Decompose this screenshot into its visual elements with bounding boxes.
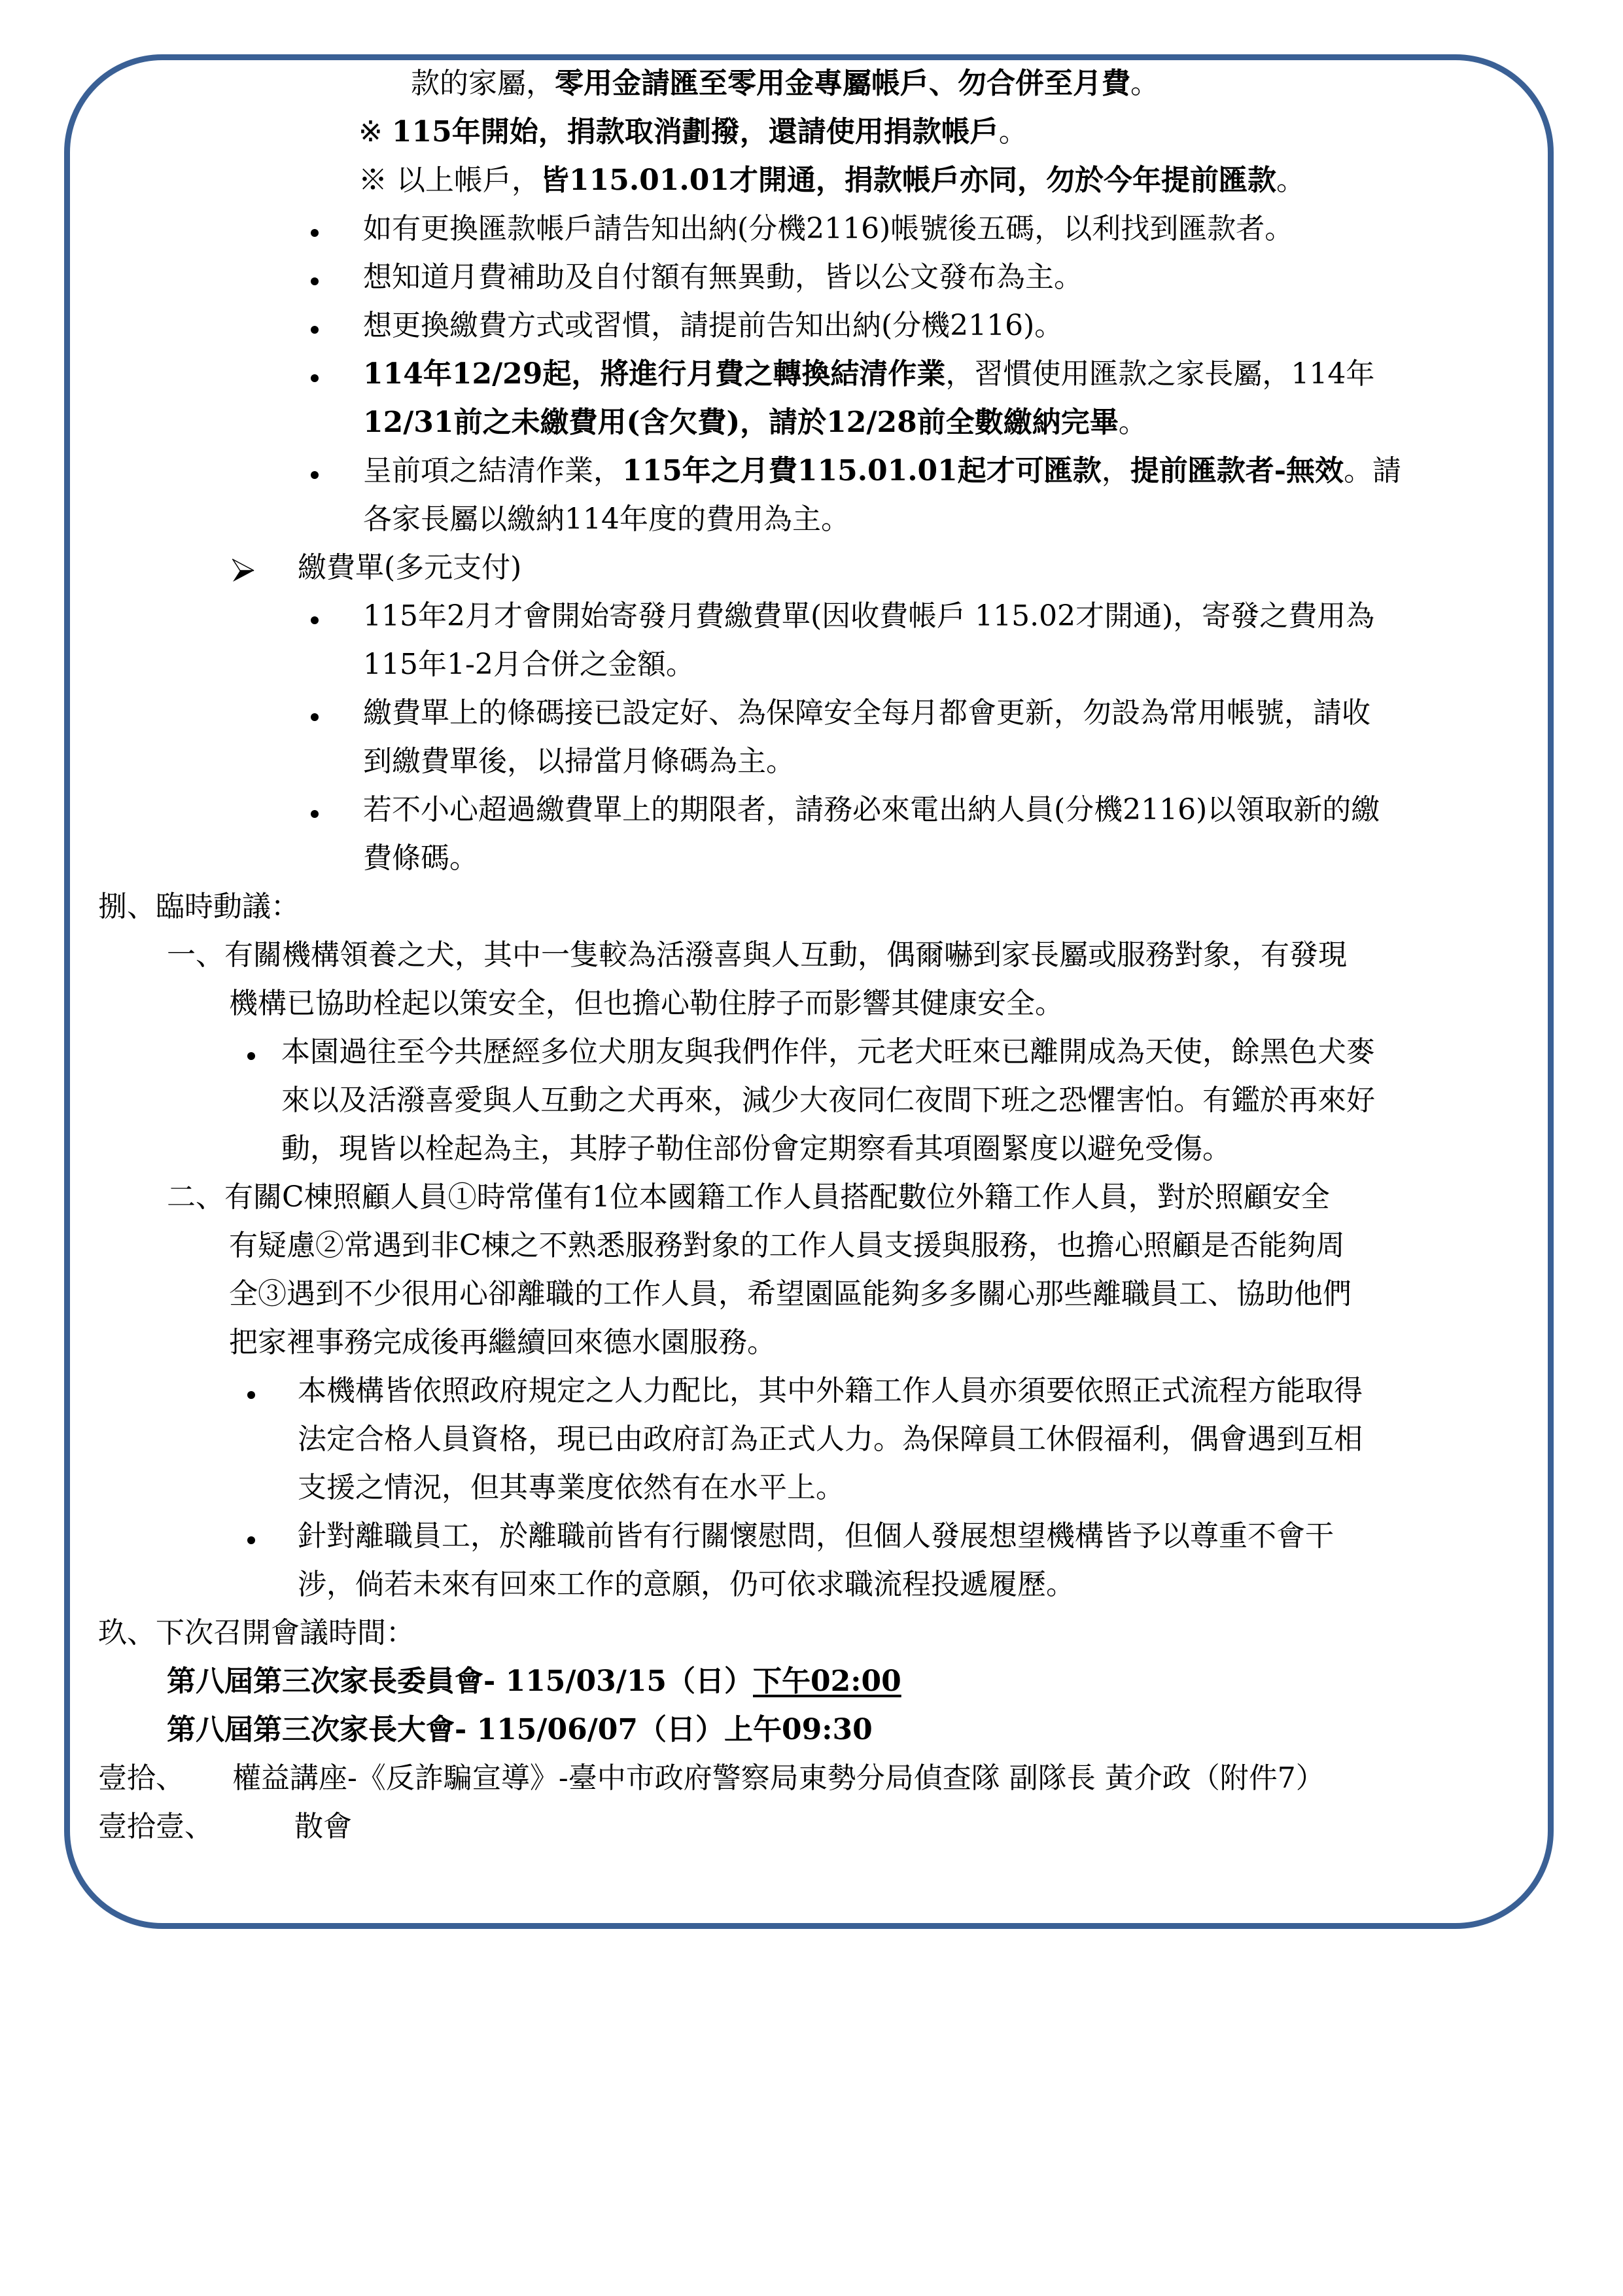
text-run: 繳費單(多元支付) [298,551,521,584]
text-run: 一、有關機構領養之犬，其中一隻較為活潑喜與人互動，偶爾嚇到家長屬或服務對象，有發… [167,938,1347,972]
text-run: 針對離職員工，於離職前皆有行關懷慰問，但個人發展想望機構皆予以尊重不會干 [298,1519,1334,1553]
text-line: 二、有關C棟照顧人員①時常僅有1位本國籍工作人員搭配數位外籍工作人員，對於照顧安… [167,1179,1330,1216]
text-run: 二、有關C棟照顧人員①時常僅有1位本國籍工作人員搭配數位外籍工作人員，對於照顧安… [167,1180,1330,1214]
text-run: 到繳費單後，以掃當月條碼為主。 [363,745,795,778]
text-line: 來以及活潑喜愛與人互動之犬再來，減少大夜同仁夜間下班之恐懼害怕。有鑑於再來好 [281,1082,1375,1119]
text-run: 款的家屬， [411,67,555,100]
text-run: 。 [1130,67,1159,100]
text-line: ※ 以上帳戶，皆115.01.01才開通，捐款帳戶亦同，勿於今年提前匯款。 [358,162,1305,199]
text-run: ， [1102,454,1130,487]
text-run: 費條碼。 [363,841,478,875]
text-run: 12/31前之未繳費用(含欠費)，請於12/28前全數繳納完畢 [363,406,1119,439]
text-line: 各家長屬以繳納114年度的費用為主。 [363,501,850,538]
text-run: 115年1-2月合併之金額。 [363,648,695,681]
text-line: 機構已協助栓起以策安全，但也擔心勒住脖子而影響其健康安全。 [229,985,1064,1022]
text-line: 本園過往至今共歷經多位犬朋友與我們作伴，元老犬旺來已離開成為天使，餘黑色犬麥 [281,1034,1375,1070]
text-run: 提前匯款者-無效 [1130,454,1344,487]
text-run: 114年12/29起，將進行月費之轉換結清作業 [363,357,945,391]
text-run: 想知道月費補助及自付額有無異動，皆以公文發布為主。 [363,260,1083,294]
text-line: 權益講座-《反詐騙宣導》-臺中市政府警察局東勢分局偵查隊 副隊長 黃介政（附件7… [232,1760,1325,1797]
text-run: 呈前項之結清作業， [363,454,622,487]
text-line: 把家裡事務完成後再繼續回來德水園服務。 [229,1324,776,1361]
text-run: 本機構皆依照政府規定之人力配比，其中外籍工作人員亦須要依照正式流程方能取得 [298,1374,1363,1407]
text-run: 皆115.01.01才開通，捐款帳戶亦同，勿於今年提前匯款 [540,164,1276,197]
text-line: 想更換繳費方式或習慣，請提前告知出納(分機2116)。 [363,308,1063,344]
bullet-icon [311,277,319,285]
text-line: 繳費單上的條碼接已設定好、為保障安全每月都會更新，勿設為常用帳號，請收 [363,695,1370,732]
text-run: 本園過往至今共歷經多位犬朋友與我們作伴，元老犬旺來已離開成為天使，餘黑色犬麥 [281,1035,1375,1069]
text-run: 115年開始，捐款取消劃撥， [392,115,769,149]
text-line: 繳費單(多元支付) [298,550,521,586]
text-run: 。請 [1344,454,1401,487]
text-run: 115年2月才會開始寄發月費繳費單(因收費帳戶 115.02才開通)，寄發之費用… [363,599,1374,633]
text-line: 第八屆第三次家長大會- 115/06/07（日）上午09:30 [167,1712,873,1748]
text-line: 涉，倘若未來有回來工作的意願，仍可依求職流程投遞履歷。 [298,1566,1075,1603]
bullet-icon [311,713,319,721]
text-line: 壹拾壹、 [98,1809,213,1845]
text-run: 動，現皆以栓起為主，其脖子勒住部份會定期察看其項圈緊度以避免受傷。 [281,1132,1231,1165]
text-run: 壹拾壹、 [98,1810,213,1843]
text-run: 壹拾、 [98,1761,184,1795]
text-line: 款的家屬，零用金請匯至零用金專屬帳戶、勿合併至月費。 [411,65,1159,102]
text-line: 全③遇到不少很用心卻離職的工作人員，希望園區能夠多多關心那些離職員工、協助他們 [229,1276,1352,1313]
text-run: 有疑慮②常遇到非C棟之不熟悉服務對象的工作人員支援與服務，也擔心照顧是否能夠周 [229,1229,1345,1262]
text-run: 把家裡事務完成後再繼續回來德水園服務。 [229,1326,776,1359]
text-run: 全③遇到不少很用心卻離職的工作人員，希望園區能夠多多關心那些離職員工、協助他們 [229,1277,1352,1311]
bullet-icon [311,471,319,479]
text-line: 散會 [294,1809,352,1845]
text-run: 115年之月費115.01.01起才可匯款 [622,454,1102,487]
text-run: 想更換繳費方式或習慣，請提前告知出納(分機2116)。 [363,309,1063,342]
text-run: 捌、臨時動議： [98,890,300,923]
text-run: ※ [358,115,392,149]
text-run: ，習慣使用匯款之家長屬，114年 [945,357,1374,391]
text-line: 想知道月費補助及自付額有無異動，皆以公文發布為主。 [363,259,1083,296]
text-line: 到繳費單後，以掃當月條碼為主。 [363,743,795,780]
text-line: 115年1-2月合併之金額。 [363,646,695,683]
text-run: 支援之情況，但其專業度依然有在水平上。 [298,1471,845,1504]
text-line: 針對離職員工，於離職前皆有行關懷慰問，但個人發展想望機構皆予以尊重不會干 [298,1518,1334,1555]
text-line: 一、有關機構領養之犬，其中一隻較為活潑喜與人互動，偶爾嚇到家長屬或服務對象，有發… [167,937,1347,974]
text-line: 12/31前之未繳費用(含欠費)，請於12/28前全數繳納完畢。 [363,404,1147,441]
text-line: 支援之情況，但其專業度依然有在水平上。 [298,1470,845,1506]
text-line: 壹拾、 [98,1760,184,1797]
text-line: 動，現皆以栓起為主，其脖子勒住部份會定期察看其項圈緊度以避免受傷。 [281,1131,1231,1167]
text-line: 玖、下次召開會議時間： [98,1615,415,1651]
text-run: 零用金請匯至零用金專屬帳戶、勿合併至月費 [555,67,1130,100]
text-run: 如有更換匯款帳戶請告知出納(分機2116)帳號後五碼，以利找到匯款者。 [363,212,1293,245]
text-line: 如有更換匯款帳戶請告知出納(分機2116)帳號後五碼，以利找到匯款者。 [363,211,1293,247]
text-run: 第八屆第三次家長大會- 115/06/07（日）上午09:30 [167,1713,873,1746]
bullet-icon [311,326,319,334]
text-run: 。 [999,115,1028,149]
text-run: 來以及活潑喜愛與人互動之犬再來，減少大夜同仁夜間下班之恐懼害怕。有鑑於再來好 [281,1084,1375,1117]
text-line: 若不小心超過繳費單上的期限者，請務必來電出納人員(分機2116)以領取新的繳 [363,792,1380,828]
bullet-icon [311,374,319,382]
text-run: 各家長屬以繳納114年度的費用為主。 [363,503,850,536]
text-run: 機構已協助栓起以策安全，但也擔心勒住脖子而影響其健康安全。 [229,987,1064,1020]
text-line: ※ 115年開始，捐款取消劃撥，還請使用捐款帳戶。 [358,114,1028,150]
text-line: 法定合格人員資格，現已由政府訂為正式人力。為保障員工休假福利，偶會遇到互相 [298,1421,1363,1458]
text-run: 玖、下次召開會議時間： [98,1616,415,1650]
text-run: 。 [1119,406,1147,439]
text-run: 若不小心超過繳費單上的期限者，請務必來電出納人員(分機2116)以領取新的繳 [363,793,1380,826]
text-line: 114年12/29起，將進行月費之轉換結清作業，習慣使用匯款之家長屬，114年 [363,356,1374,393]
text-run: 涉，倘若未來有回來工作的意願，仍可依求職流程投遞履歷。 [298,1568,1075,1601]
text-run: 還請使用捐款帳戶 [769,115,999,149]
text-line: 115年2月才會開始寄發月費繳費單(因收費帳戶 115.02才開通)，寄發之費用… [363,598,1374,635]
text-line: 本機構皆依照政府規定之人力配比，其中外籍工作人員亦須要依照正式流程方能取得 [298,1373,1363,1409]
text-run: 法定合格人員資格，現已由政府訂為正式人力。為保障員工休假福利，偶會遇到互相 [298,1422,1363,1456]
text-line: 呈前項之結清作業，115年之月費115.01.01起才可匯款，提前匯款者-無效。… [363,453,1401,489]
bullet-icon [247,1536,255,1544]
bullet-icon [247,1391,255,1399]
bullet-icon [311,810,319,818]
text-run: ※ 以上帳戶， [358,164,540,197]
text-line: 有疑慮②常遇到非C棟之不熟悉服務對象的工作人員支援與服務，也擔心照顧是否能夠周 [229,1227,1345,1264]
text-run: 第八屆第三次家長委員會- 115/03/15（日） [167,1665,753,1698]
text-run: 下午02:00 [753,1665,901,1698]
bullet-icon [311,229,319,237]
text-run: 權益講座-《反詐騙宣導》-臺中市政府警察局東勢分局偵查隊 副隊長 黃介政（附件7… [232,1761,1325,1795]
text-line: 捌、臨時動議： [98,889,300,925]
text-run: 散會 [294,1810,352,1843]
text-line: 第八屆第三次家長委員會- 115/03/15（日）下午02:00 [167,1663,901,1700]
text-run: 。 [1276,164,1305,197]
text-line: 費條碼。 [363,840,478,877]
bullet-icon [247,1052,255,1060]
text-run: 繳費單上的條碼接已設定好、為保障安全每月都會更新，勿設為常用帳號，請收 [363,696,1370,730]
bullet-icon [311,616,319,624]
